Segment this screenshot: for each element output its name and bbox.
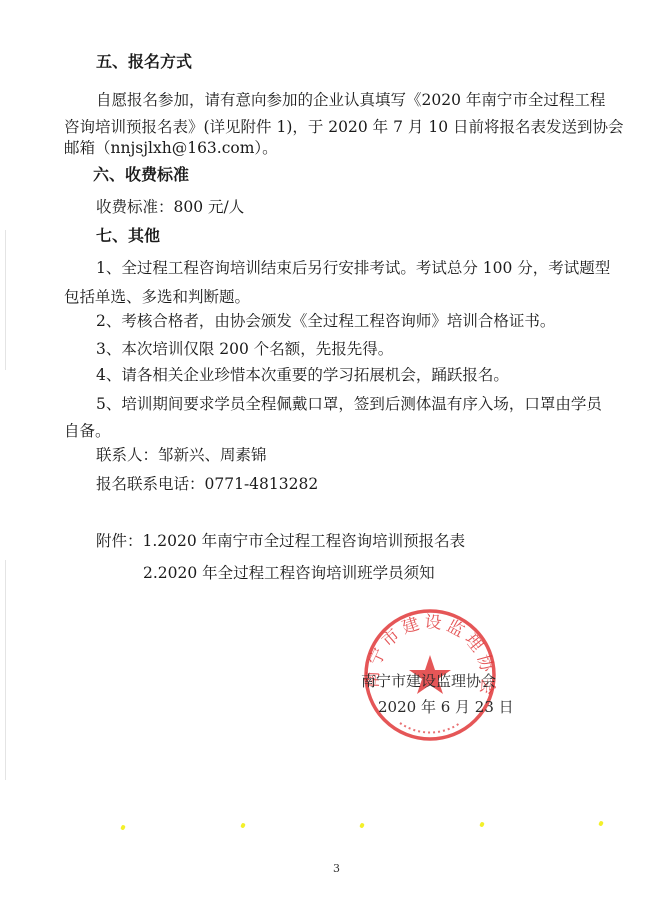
list-item-continuation: 自备。 bbox=[64, 421, 111, 441]
paragraph-line: 自愿报名参加，请有意向参加的企业认真填写《2020 年南宁市全过程工程 bbox=[96, 90, 605, 110]
scan-artifact bbox=[479, 821, 485, 827]
list-item-continuation: 包括单选、多选和判断题。 bbox=[64, 287, 250, 307]
contact-persons: 联系人：邹新兴、周素锦 bbox=[96, 445, 267, 465]
scan-artifact bbox=[120, 824, 126, 830]
paragraph-line: 邮箱（nnjsjlxh@163.com）。 bbox=[64, 138, 278, 158]
signature-organization: 南宁市建设监理协会 bbox=[361, 670, 496, 691]
list-item: 5、培训期间要求学员全程佩戴口罩，签到后测体温有序入场，口罩由学员 bbox=[96, 394, 602, 414]
list-item: 4、请各相关企业珍惜本次重要的学习拓展机会，踊跃报名。 bbox=[96, 365, 509, 385]
fee-text: 收费标准：800 元/人 bbox=[96, 197, 244, 217]
contact-phone: 报名联系电话：0771-4813282 bbox=[96, 474, 318, 494]
list-item: 1、全过程工程咨询培训结束后另行安排考试。考试总分 100 分，考试题型 bbox=[96, 258, 610, 278]
scan-artifact bbox=[359, 822, 365, 828]
scan-artifact bbox=[598, 820, 604, 826]
section-heading-registration: 五、报名方式 bbox=[96, 52, 192, 72]
section-heading-other: 七、其他 bbox=[96, 226, 160, 246]
scan-edge-mark bbox=[5, 230, 6, 370]
attachment-1: 附件：1.2020 年南宁市全过程工程咨询培训预报名表 bbox=[96, 531, 465, 551]
list-item: 3、本次培训仅限 200 个名额，先报先得。 bbox=[96, 339, 393, 359]
list-item: 2、考核合格者，由协会颁发《全过程工程咨询师》培训合格证书。 bbox=[96, 311, 555, 331]
paragraph-line: 咨询培训预报名表》(详见附件 1)，于 2020 年 7 月 10 日前将报名表… bbox=[64, 117, 623, 137]
attachment-2: 2.2020 年全过程工程咨询培训班学员须知 bbox=[143, 563, 435, 583]
section-heading-fees: 六、收费标准 bbox=[93, 165, 189, 185]
scan-artifact bbox=[240, 822, 246, 828]
scan-edge-mark bbox=[5, 560, 6, 780]
page-number: 3 bbox=[333, 862, 340, 875]
signature-date: 2020 年 6 月 23 日 bbox=[378, 696, 514, 717]
